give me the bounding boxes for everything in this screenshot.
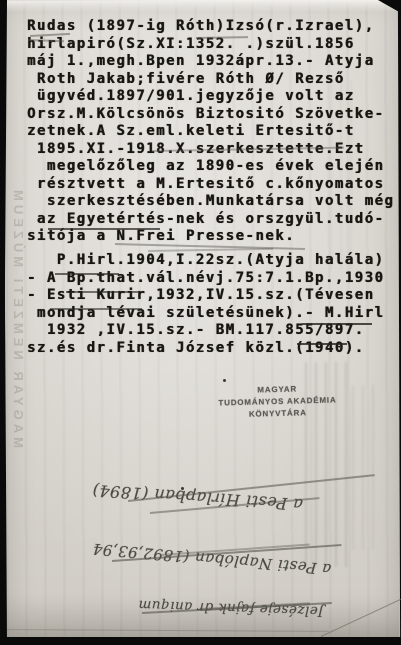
smudge-streak [330, 80, 360, 270]
typed-line: Rudas (1897-ig Róth)Izsó(r.Izrael), [27, 18, 394, 36]
underline-egyetertes [48, 228, 160, 230]
scan-edge-bottom [0, 637, 401, 645]
typed-line: - Esti Kurir,1932,IV.15.sz.(Tévesen [27, 287, 384, 305]
underline-mhirl [302, 323, 372, 325]
ink-dot [223, 379, 226, 382]
smudge-streak [305, 362, 351, 567]
torn-top-edge [5, 0, 399, 12]
underline-bpthat [66, 291, 138, 293]
scanned-catalog-card: MAGYAR NEMZETI MÚZEUM KÖNYVTÁRA Rudas (1… [0, 0, 401, 645]
underline-bm-number [297, 343, 347, 345]
underline-phirl [55, 273, 119, 275]
smudge-streak [352, 385, 380, 550]
underline-esti-kurir [50, 308, 142, 310]
typed-line: máj 1.,megh.Bpen 1932ápr.13.- Atyja [27, 53, 394, 71]
